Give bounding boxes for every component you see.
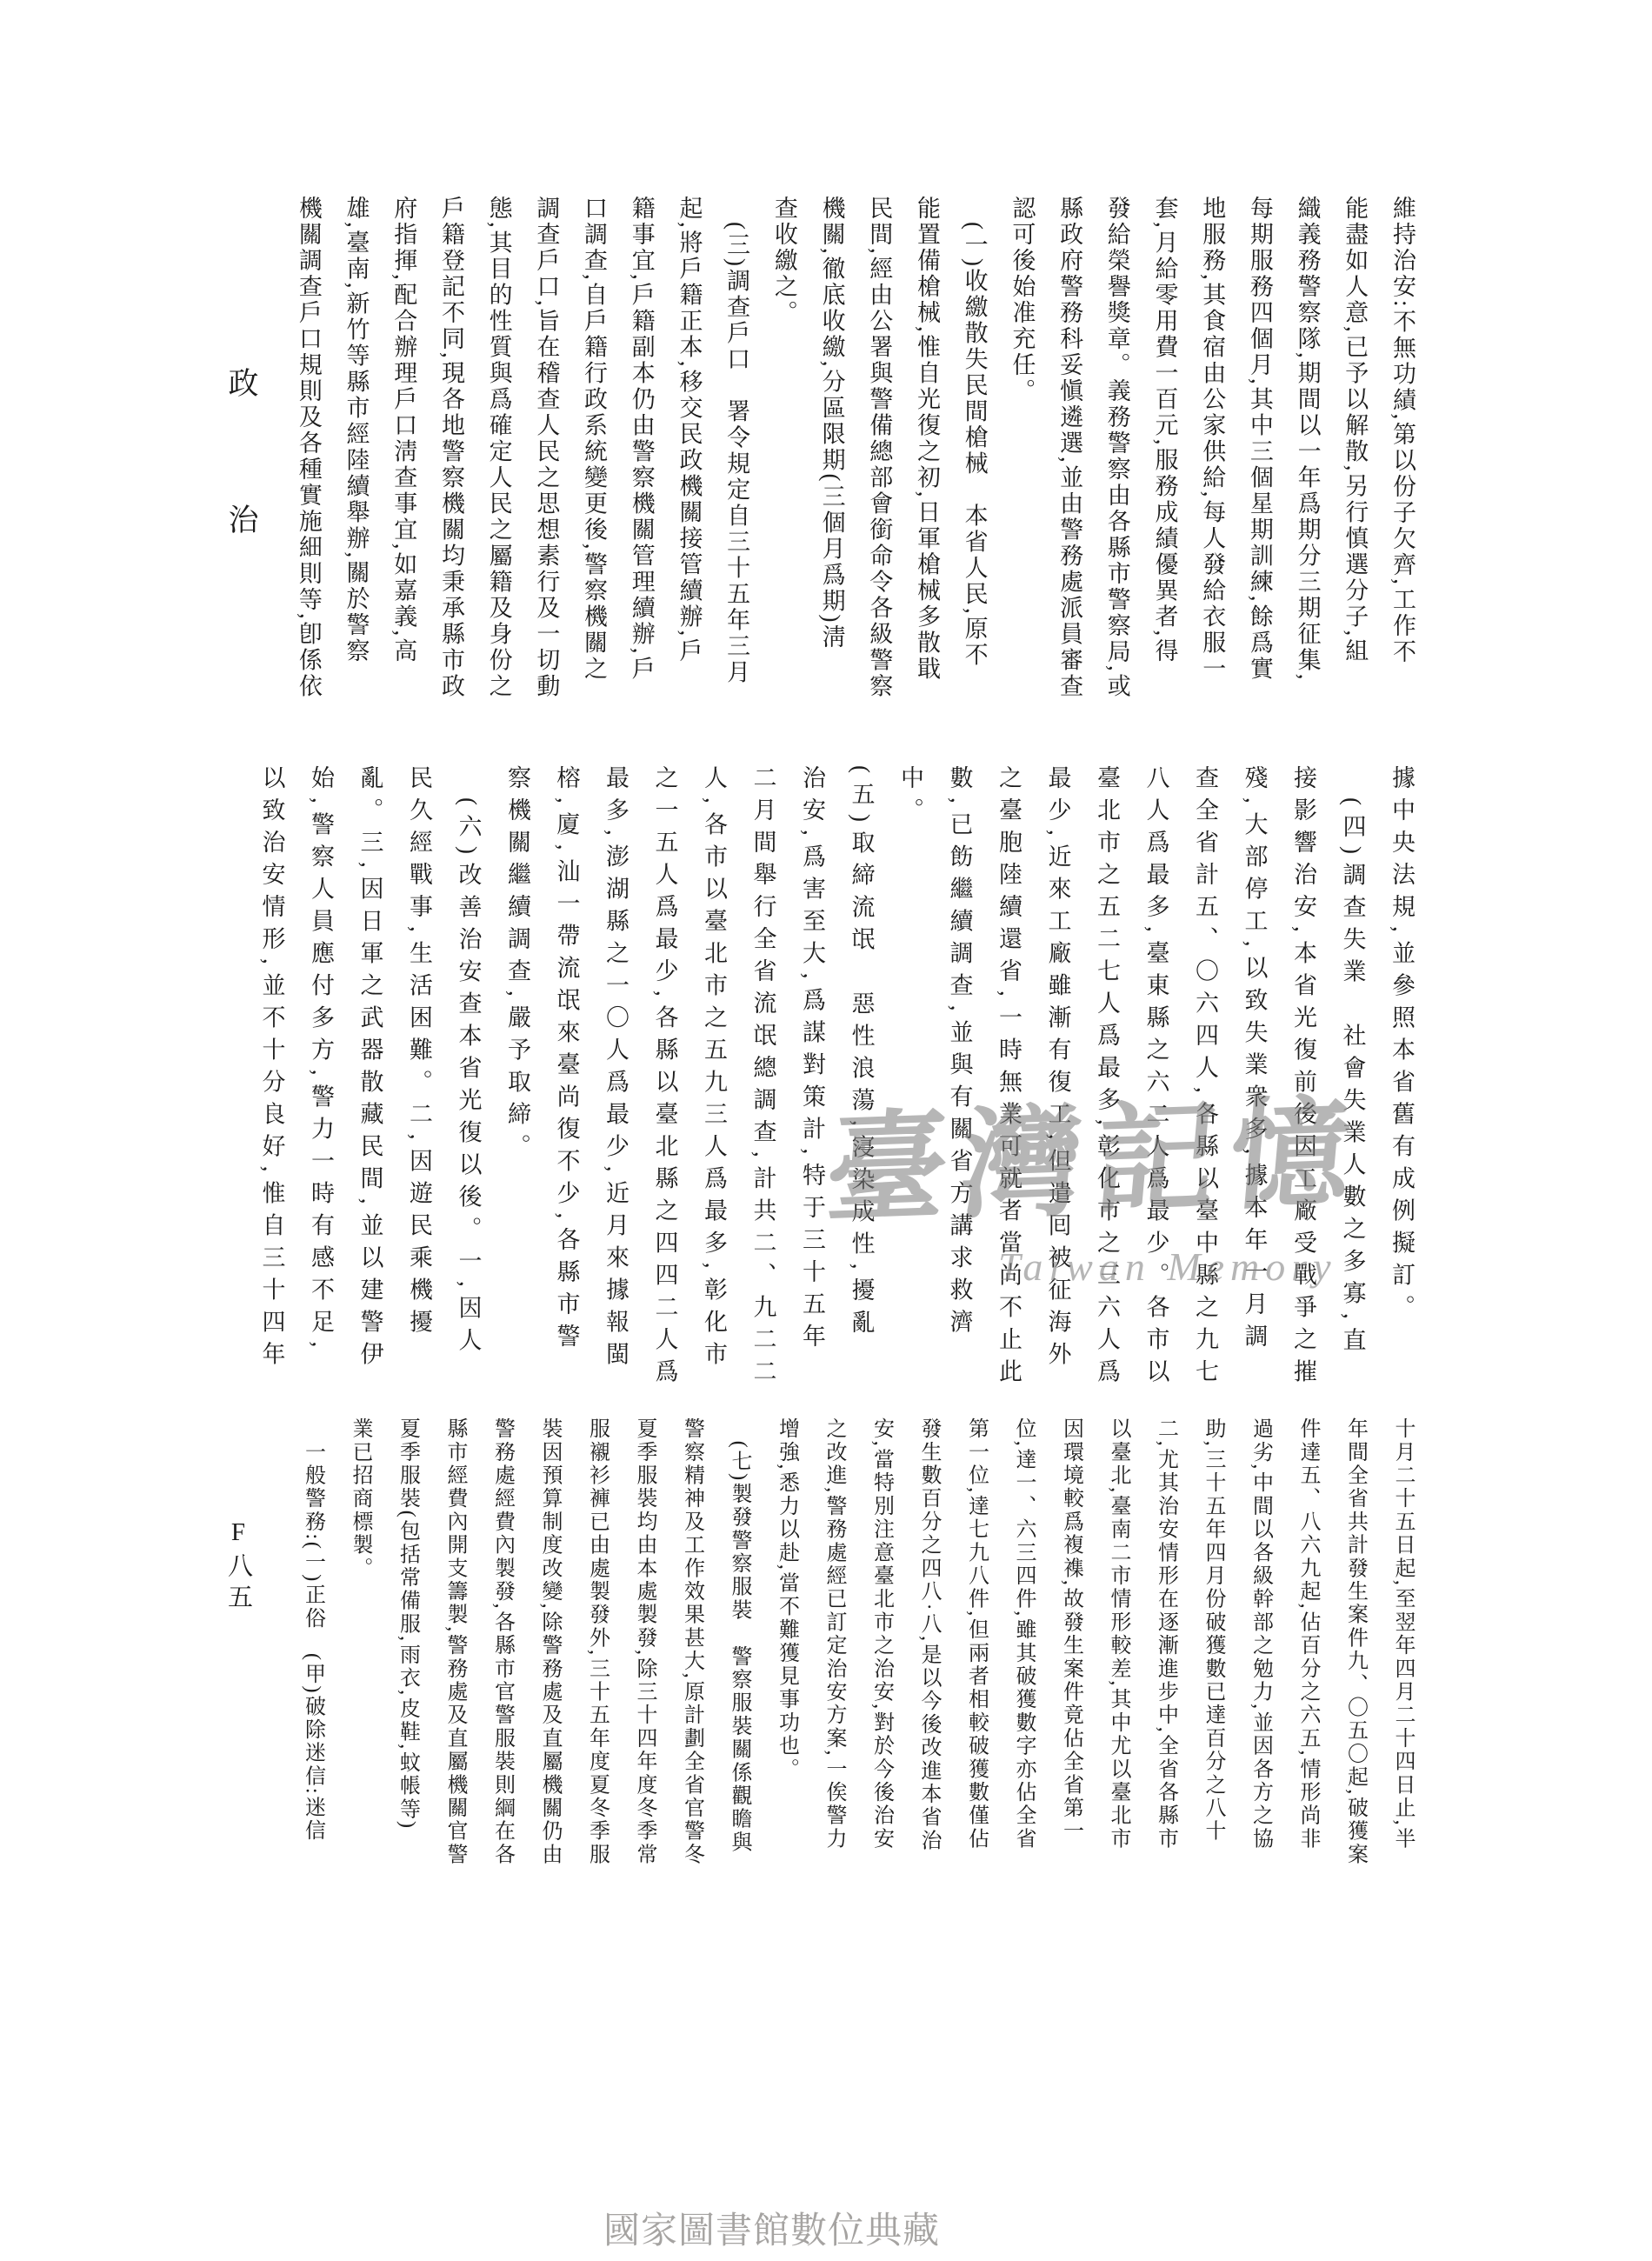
margin-section-label: 政治 [219, 367, 263, 640]
text-band-2: 據中央法規,並參照本省舊有成例擬訂。 (四)調查失業 社會失業人數之多寡,直 接… [247, 765, 1426, 1413]
text-band-3: 十月二十五日起,至翌年四月二十四日止,半 年間全省共計發生案件九、〇五〇起,破獲… [289, 1417, 1426, 1883]
margin-folio-label: F八五 [221, 1518, 256, 1615]
archive-footer-label: 國家圖書館數位典藏 [603, 2202, 940, 2254]
text-band-1: 維持治安:不無功績,第以份子欠齊,工作不 能盡如人意,已予以解散,另行慎選分子,… [284, 196, 1426, 717]
scanned-document-page: 政治 維持治安:不無功績,第以份子欠齊,工作不 能盡如人意,已予以解散,另行慎選… [0, 0, 1652, 2261]
